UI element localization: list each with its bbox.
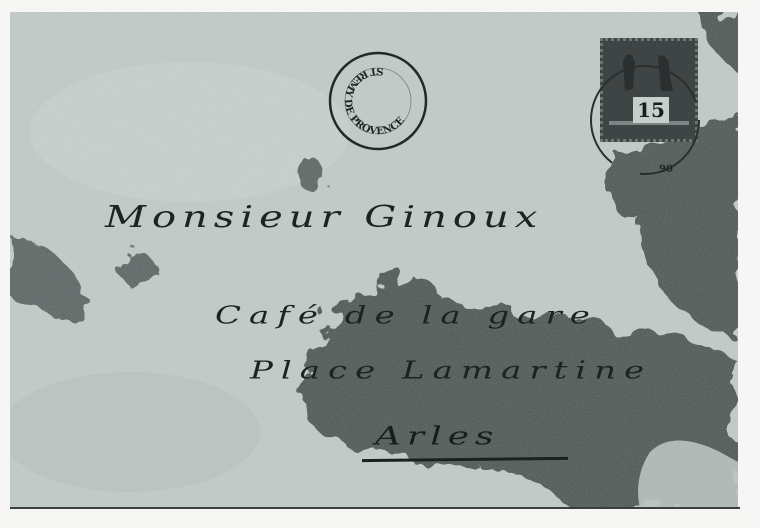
address-line-street: Place Lamartine xyxy=(250,357,652,385)
stamp-cancellation-icon: 90 xyxy=(585,60,705,180)
address-line-cafe: Café de la gare xyxy=(215,302,598,330)
address-line-city: Arles xyxy=(375,422,500,451)
photo-bottom-edge xyxy=(10,507,740,509)
svg-text:ST REMY DE PROVENCE: ST REMY DE PROVENCE xyxy=(336,59,416,142)
address-recipient: Monsieur Ginoux xyxy=(105,200,543,235)
postmark-icon: ST REMY DE PROVENCE xyxy=(325,48,431,154)
svg-text:90: 90 xyxy=(659,164,673,175)
envelope-photo: ST REMY DE PROVENCE 15 90 Monsieur Ginou… xyxy=(10,12,738,508)
